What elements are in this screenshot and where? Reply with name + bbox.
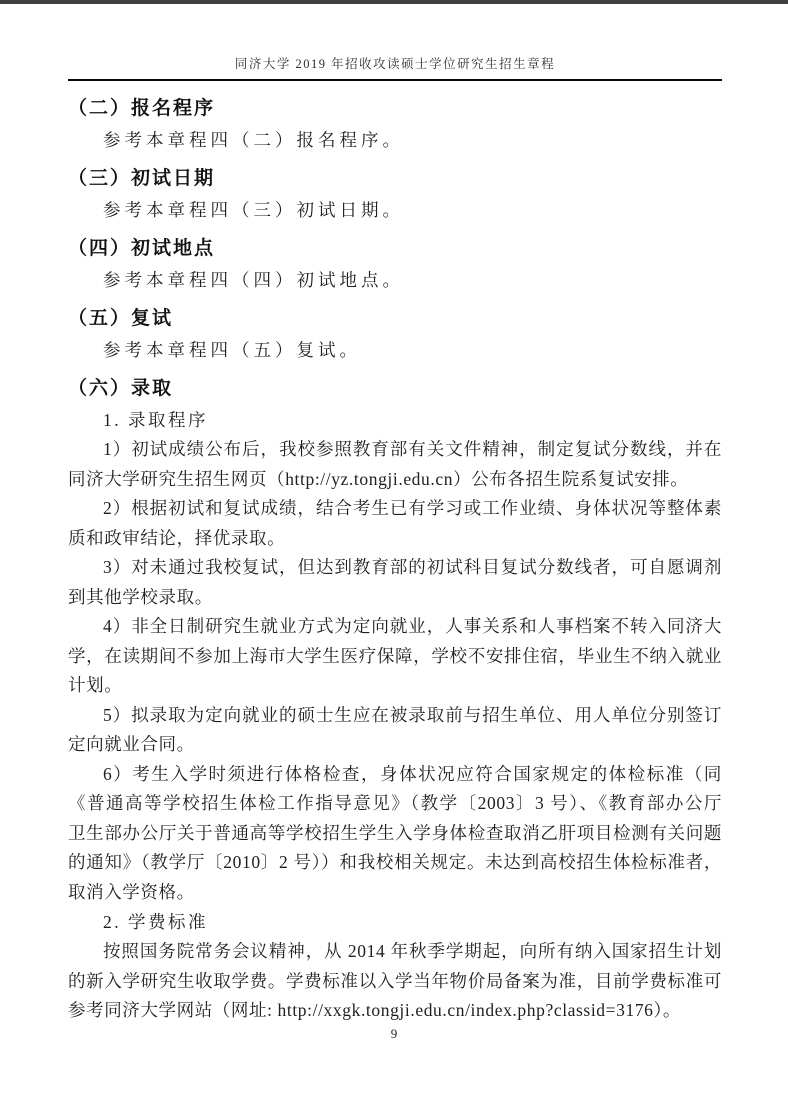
admission-point-2: 2）根据初试和复试成绩，结合考生已有学习或工作业绩、身体状况等整体素质和政审结论… (68, 494, 722, 553)
section-heading-6-admission: （六）录取 (68, 373, 722, 404)
page-header: 同济大学 2019 年招收攻读硕士学位研究生招生章程 (68, 0, 722, 81)
admission-point-5: 5）拟录取为定向就业的硕士生应在被录取前与招生单位、用人单位分别签订定向就业合同… (68, 701, 722, 760)
section-ref-3: 参考本章程四（三）初试日期。 (68, 195, 722, 226)
admission-point-6: 6）考生入学时须进行体格检查，身体状况应符合国家规定的体检标准（同《普通高等学校… (68, 760, 722, 908)
section-heading-5-retest: （五）复试 (68, 303, 722, 334)
section-heading-4-exam-location: （四）初试地点 (68, 233, 722, 264)
page-number: 9 (0, 1026, 788, 1042)
tuition-paragraph: 按照国务院常务会议精神，从 2014 年秋季学期起，向所有纳入国家招生计划的新入… (68, 937, 722, 1026)
admission-point-4: 4）非全日制研究生就业方式为定向就业，人事关系和人事档案不转入同济大学，在读期间… (68, 612, 722, 701)
header-title: 同济大学 2019 年招收攻读硕士学位研究生招生章程 (68, 54, 722, 72)
document-page: 同济大学 2019 年招收攻读硕士学位研究生招生章程 （二）报名程序 参考本章程… (0, 0, 788, 1119)
subsection-title-admission-procedure: 1. 录取程序 (68, 405, 722, 435)
section-ref-5: 参考本章程四（五）复试。 (68, 335, 722, 366)
admission-point-1: 1）初试成绩公布后，我校参照教育部有关文件精神，制定复试分数线，并在同济大学研究… (68, 435, 722, 494)
subsection-title-tuition-standard: 2. 学费标准 (68, 907, 722, 937)
section-ref-4: 参考本章程四（四）初试地点。 (68, 265, 722, 296)
section-ref-2: 参考本章程四（二）报名程序。 (68, 125, 722, 156)
section-heading-2-registration: （二）报名程序 (68, 93, 722, 124)
admission-point-3: 3）对未通过我校复试，但达到教育部的初试科目复试分数线者，可自愿调剂到其他学校录… (68, 553, 722, 612)
section-heading-3-exam-date: （三）初试日期 (68, 163, 722, 194)
document-body: （二）报名程序 参考本章程四（二）报名程序。 （三）初试日期 参考本章程四（三）… (68, 86, 722, 1026)
